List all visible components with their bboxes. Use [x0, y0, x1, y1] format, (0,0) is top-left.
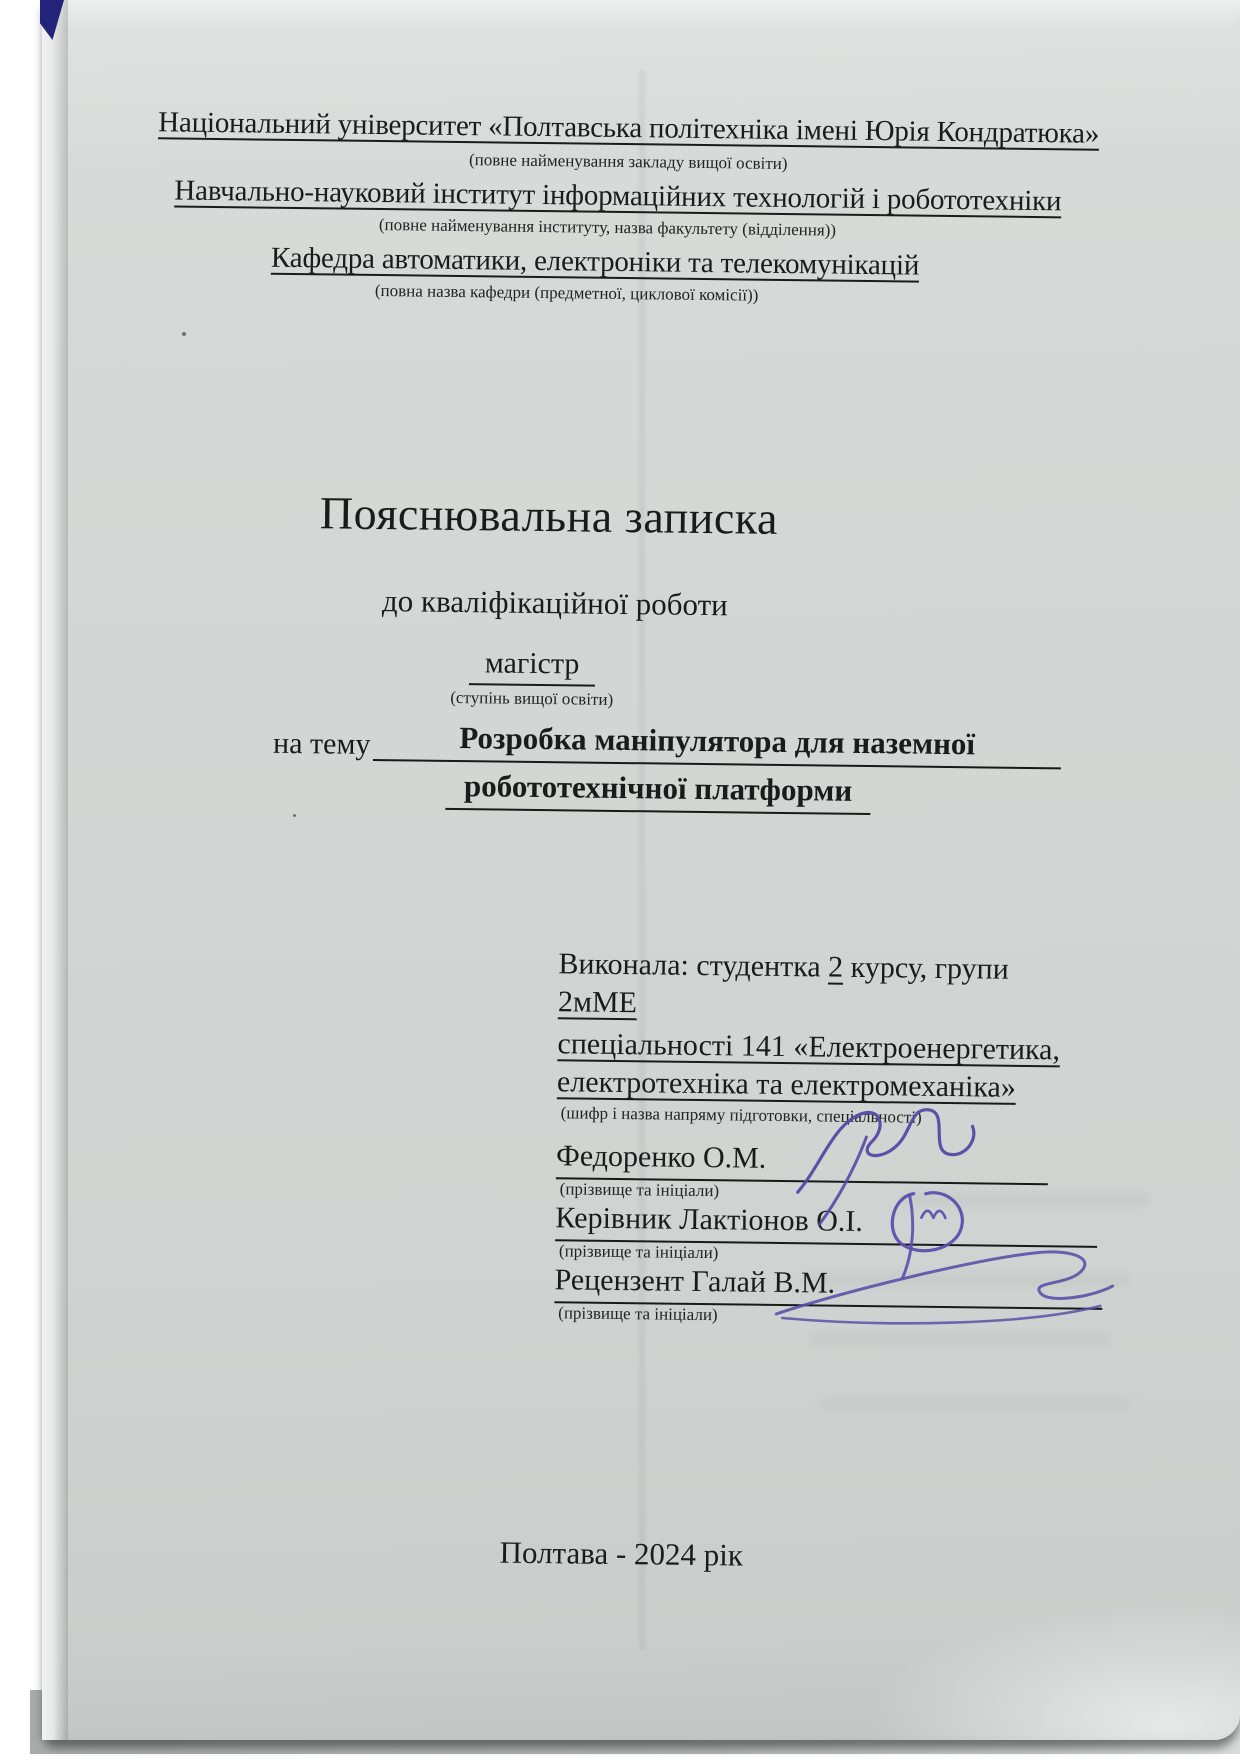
speciality-caption: (шифр і назва напряму підготовки, спеціа…	[561, 1103, 922, 1127]
reviewer-caption: (прізвище та ініціали)	[558, 1303, 718, 1325]
speciality-line2: електротехніка та електромеханіка»	[557, 1065, 1016, 1105]
supervisor-name: Керівник Лактіонов О.І.	[555, 1201, 863, 1238]
supervisor-line: Керівник Лактіонов О.І.	[555, 1201, 1097, 1248]
topic-label: на тему	[273, 727, 371, 762]
topic-line1: Розробка маніпулятора для наземної	[373, 719, 1061, 769]
university-caption: (повне найменування закладу вищої освіти…	[98, 146, 1158, 179]
performed-by-suffix: курсу, групи	[843, 951, 1009, 986]
document-title: Пояснювальна записка	[19, 483, 1080, 549]
supervisor-caption: (прізвище та ініціали)	[559, 1241, 719, 1263]
group-code: 2мМЕ	[558, 985, 637, 1019]
university-name: Національний університет «Полтавська пол…	[99, 106, 1159, 152]
group-line: 2мМЕ	[558, 985, 637, 1020]
document-subtitle: до кваліфікаційної роботи	[25, 579, 1085, 628]
performed-by-line: Виконала: студентка 2 курсу, групи	[558, 947, 1009, 986]
speciality-line1: спеціальності 141 «Електроенергетика,	[557, 1027, 1060, 1067]
course-number: 2	[828, 951, 843, 984]
topic-line2-wrap: робототехнічної платформи	[375, 767, 940, 816]
performer-name: Федоренко О.М.	[556, 1139, 767, 1175]
topic-line1-wrap: Розробка маніпулятора для наземної	[373, 719, 1061, 769]
performer-caption: (прізвище та ініціали)	[560, 1179, 720, 1201]
reviewer-line: Рецензент Галай В.М.	[554, 1263, 1102, 1310]
degree-value: магістр	[469, 646, 596, 687]
city-year-line: Полтава - 2024 рік	[21, 1529, 1221, 1580]
printed-content: Національний університет «Полтавська пол…	[0, 0, 1240, 1754]
reviewer-name: Рецензент Галай В.М.	[554, 1263, 835, 1299]
author-block: Виконала: студентка 2 курсу, групи 2мМЕ …	[559, 947, 1159, 954]
topic-line2: робототехнічної платформи	[446, 768, 871, 815]
performed-by-prefix: Виконала: студентка	[558, 947, 828, 983]
photographed-title-page: Національний університет «Полтавська пол…	[0, 0, 1240, 1754]
performer-name-line: Федоренко О.М.	[556, 1139, 1048, 1185]
